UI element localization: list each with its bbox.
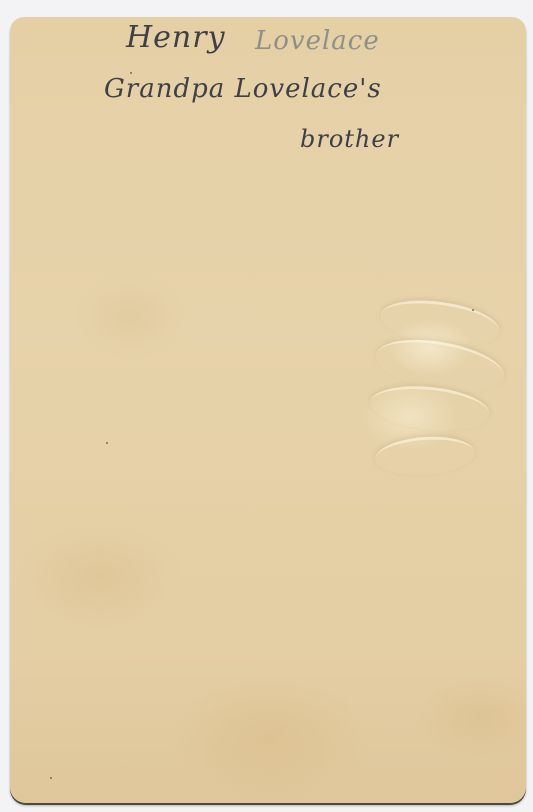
photo-card-back bbox=[10, 17, 526, 803]
paper-speck bbox=[106, 442, 108, 444]
paper-speck bbox=[472, 309, 474, 311]
handwritten-surname: Lovelace bbox=[255, 26, 380, 56]
paper-speck bbox=[50, 777, 52, 779]
wrinkle-crease bbox=[374, 434, 476, 479]
handwritten-relation-cont: brother bbox=[300, 125, 399, 153]
handwritten-first-name: Henry bbox=[126, 20, 226, 55]
handwritten-relation: Grandpa Lovelace's bbox=[104, 74, 382, 104]
